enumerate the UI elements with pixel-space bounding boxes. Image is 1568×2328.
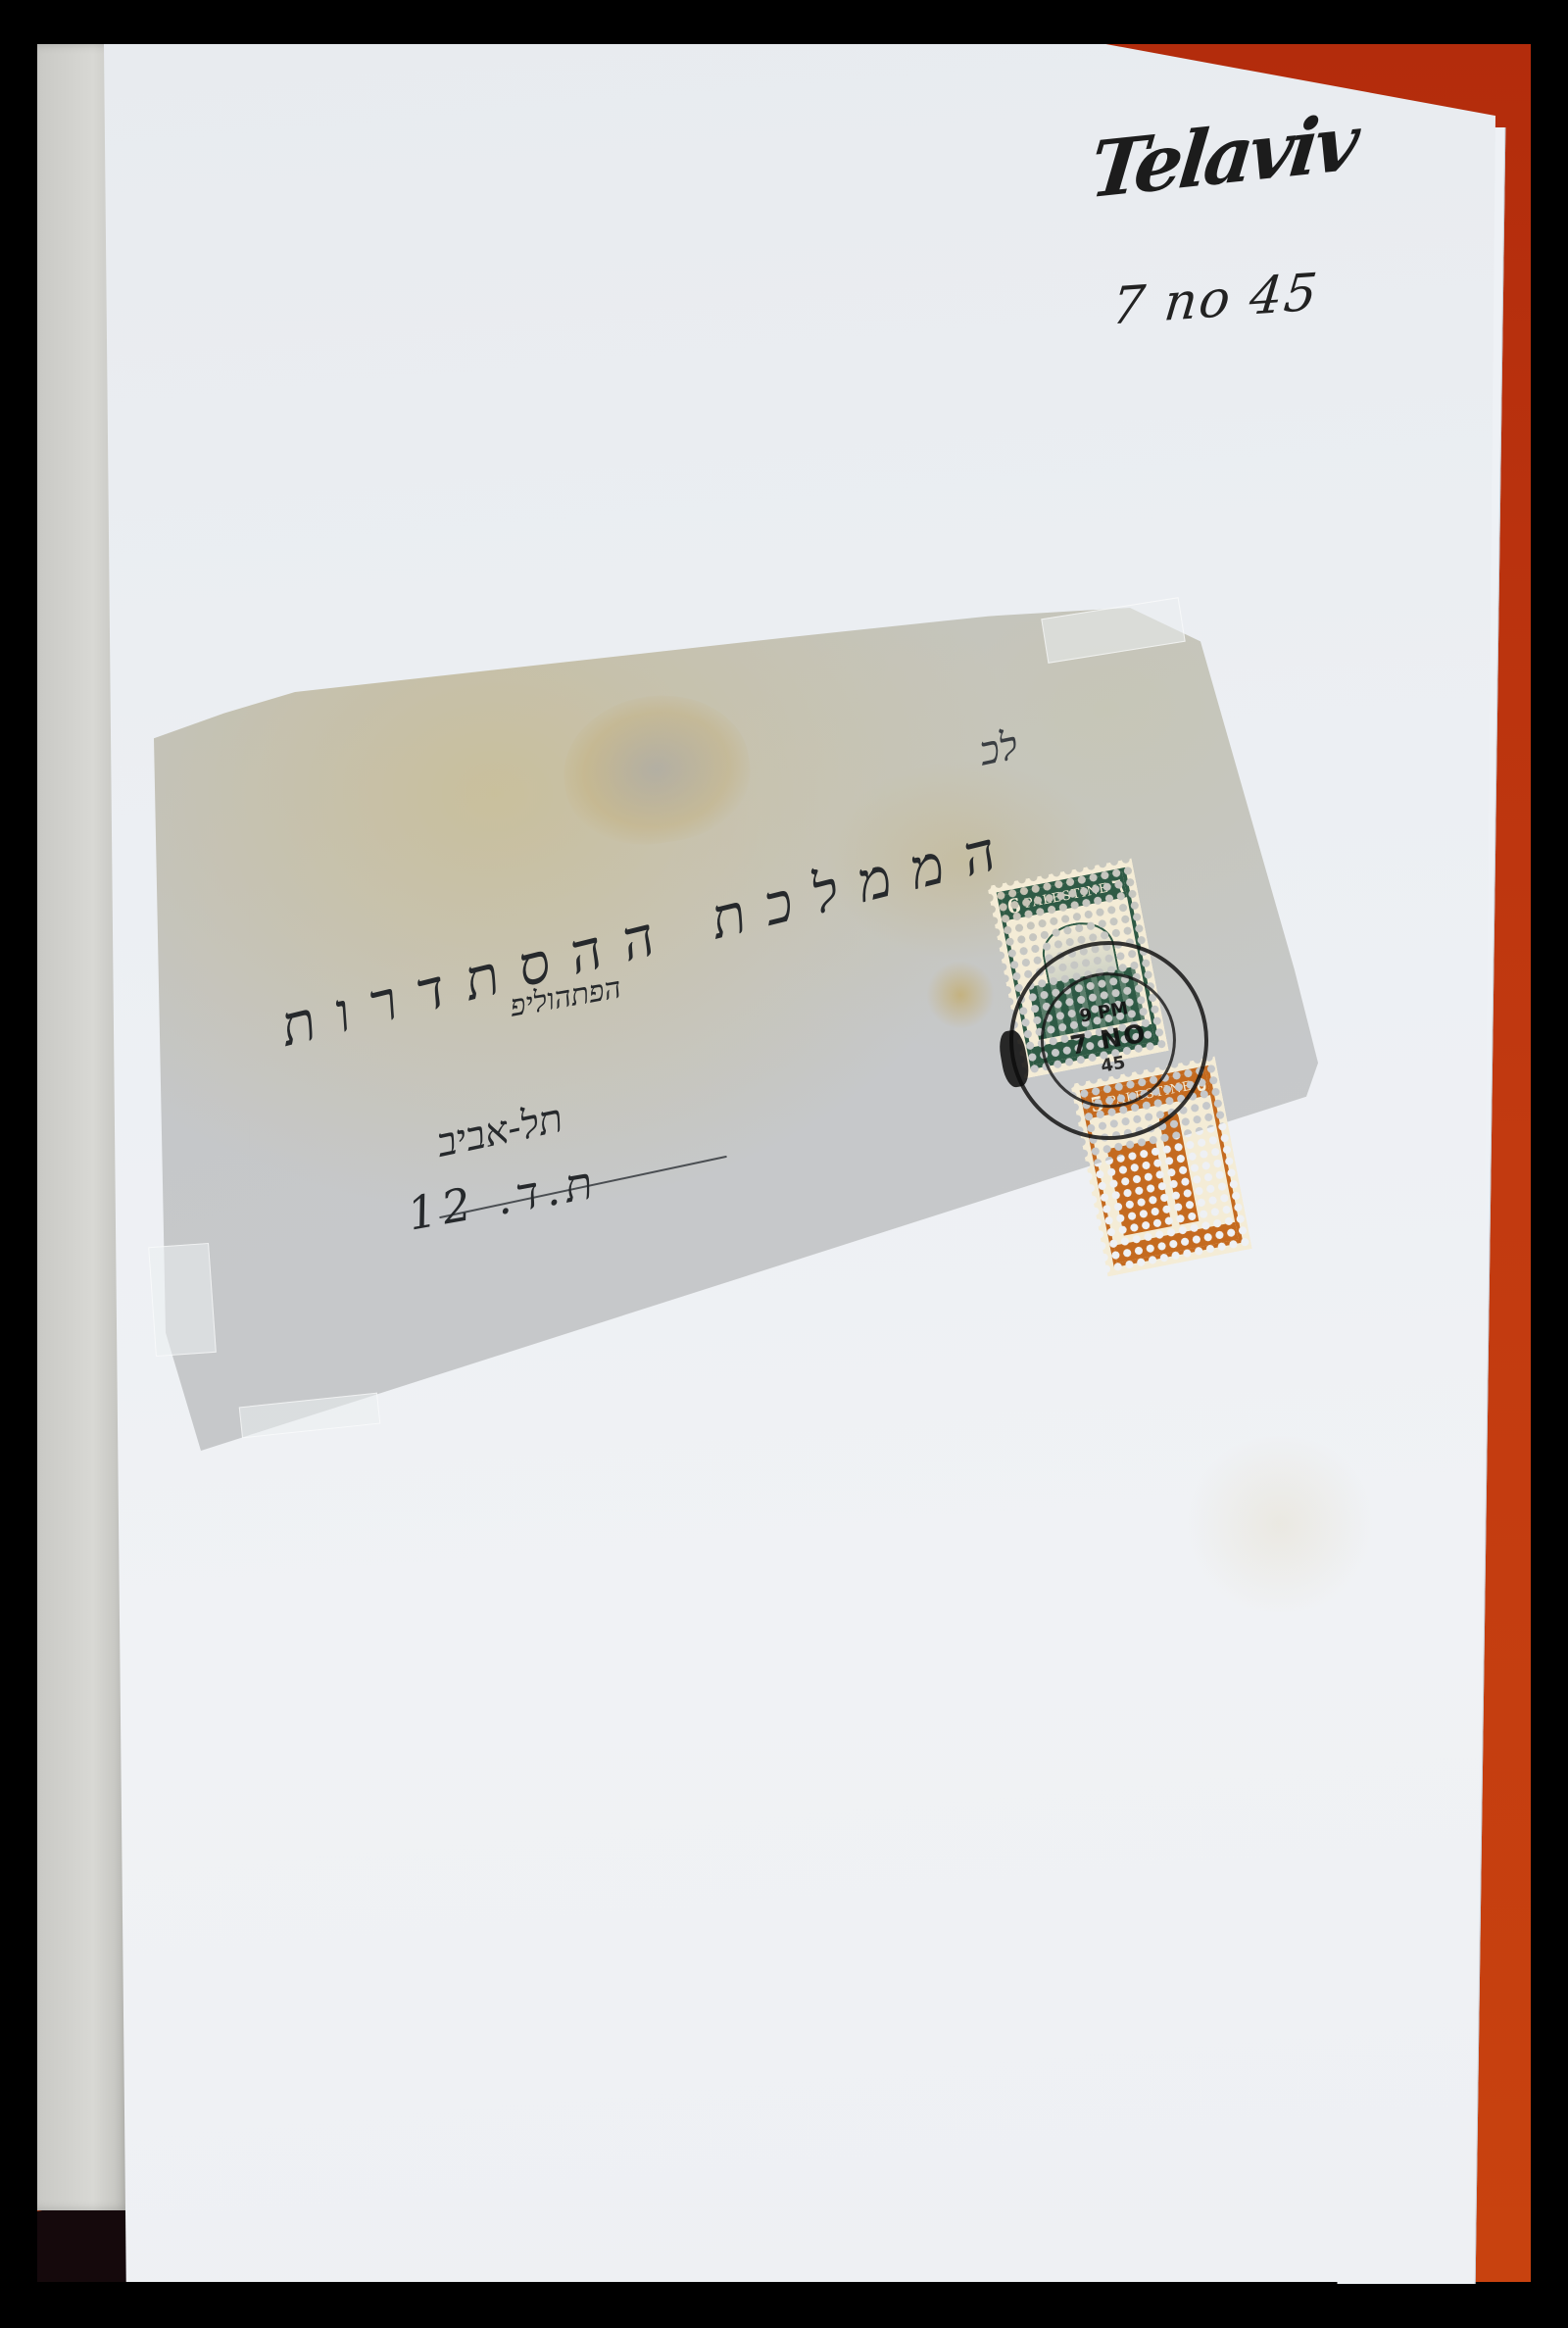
hinge-tape xyxy=(148,1243,217,1357)
annotation-city: Telaviv xyxy=(1086,98,1359,217)
album-photo: Telaviv 7 no 45 לכ הממלכת ההסתדרות הפתהו… xyxy=(0,0,1568,2328)
stamp-value-arabic: ٦ xyxy=(1106,872,1129,899)
stamp-country: PALESTINE xyxy=(1023,880,1110,911)
page-annotation: Telaviv 7 no 45 xyxy=(1096,116,1390,371)
annotation-date: 7 no 45 xyxy=(1109,263,1322,336)
postal-cover: לכ הממלכת ההסתדרות הפתהוליפ תל-אביב ת.ד.… xyxy=(142,608,1318,1451)
foxing-spot xyxy=(926,961,995,1029)
citadel-icon xyxy=(1107,1140,1172,1236)
page-stain xyxy=(1182,1436,1378,1612)
